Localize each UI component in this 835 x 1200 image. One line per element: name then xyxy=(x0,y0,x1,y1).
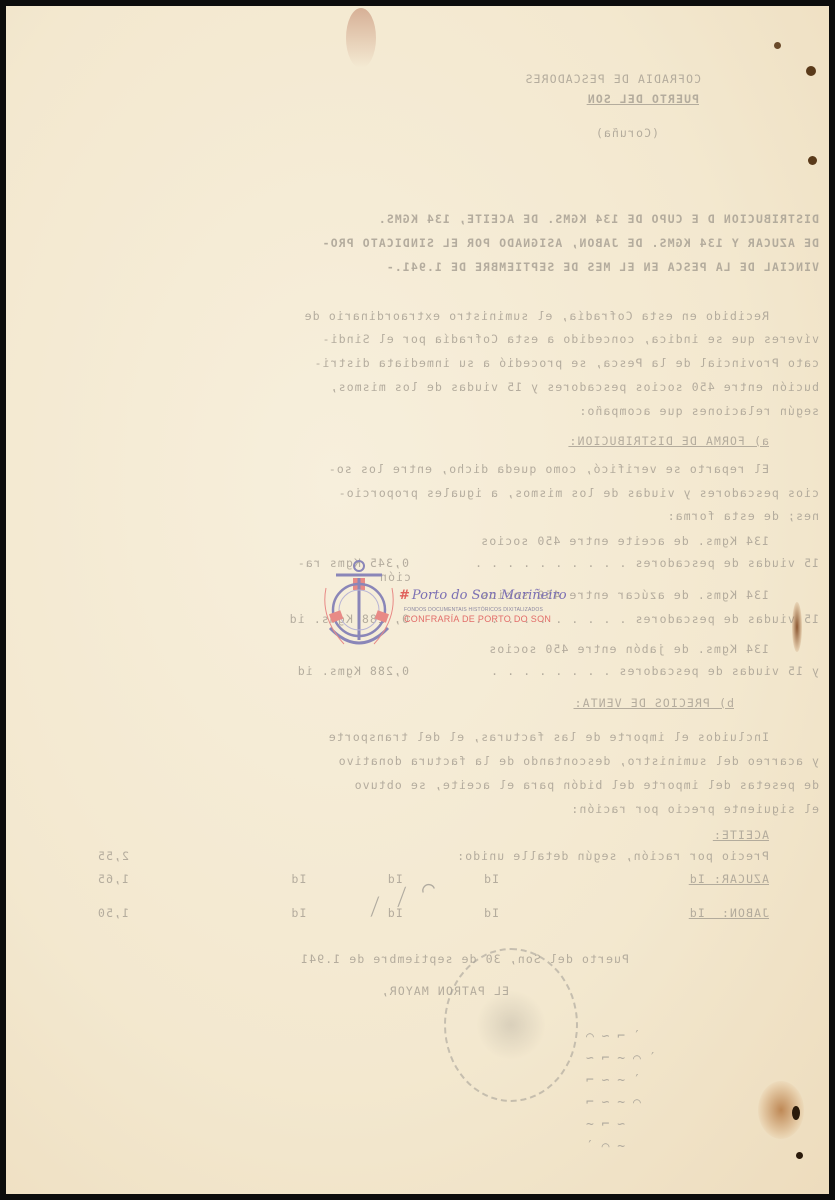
title-line-3: VINCIAL DE LA PESCA EN EL MES DE SEPTIEM… xyxy=(386,260,819,274)
price-azucar-value: 1,65 xyxy=(97,872,129,886)
price-azucar-label: AZUCAR: Id xyxy=(689,872,769,886)
header-org-line2: PUERTO DEL SON xyxy=(587,92,699,106)
watermark-organization: CONFRARÍA DE PORTO DO SON xyxy=(404,614,551,624)
watermark-brand: #Porto do Son Mariñeiro xyxy=(399,588,567,603)
watermark-logo: #Porto do Son Mariñeiro FONDOS DOCUMENTA… xyxy=(324,558,584,653)
handwritten-notes: ⌒ ∽ ⌐ ′ ∽ ⌐ ~ ⌒ ′ ⌐ ∽ ~ ′ ⌐ ∽ ~ ⌒ ~ ⌐ ∽ … xyxy=(586,1026,656,1158)
burn-hole xyxy=(796,1152,803,1159)
header-org-line1: COFRADIA DE PESCADORES xyxy=(524,72,701,86)
closing-place-date: Puerto del Son, 30 de septiembre de 1.94… xyxy=(300,952,629,966)
watermark-subtitle: FONDOS DOCUMENTAIS HISTÓRICOS DIXITALIZA… xyxy=(404,607,543,613)
burn-hole xyxy=(792,1106,800,1120)
item-aceite-line1: 134 Kgms. de aceite entre 450 socios xyxy=(480,534,769,548)
section-b-heading: b) PRECIOS DE VENTA: xyxy=(574,696,734,710)
intro-line-2: víveres que se indica, concedido a esta … xyxy=(322,332,819,346)
document-page: COFRADIA DE PESCADORES PUERTO DEL SON (C… xyxy=(6,6,829,1194)
price-aceite-desc: Precio por ración, según detalle unido: xyxy=(456,849,769,863)
intro-line-1: Recibido en esta Cofradía, el suministro… xyxy=(304,309,769,323)
top-stain xyxy=(346,8,376,68)
price-jabon-label: JABON: Id xyxy=(689,906,769,920)
intro-line-4: bución entre 450 socios pescadores y 15 … xyxy=(330,380,819,394)
stain-mark xyxy=(792,602,802,652)
section-b-line-3: de pesetas del importe del bidón para el… xyxy=(354,778,819,792)
section-b-line-1: Incluidos el importe de las facturas, el… xyxy=(328,730,769,744)
price-aceite-value: 2,55 xyxy=(97,849,129,863)
anchor-emblem-icon xyxy=(324,558,394,653)
title-line-1: DISTRIBUCION D E CUPO DE 134 KGMS. DE AC… xyxy=(378,212,819,226)
punch-hole xyxy=(774,42,781,49)
header-org-line3: (Coruña) xyxy=(595,126,659,140)
section-b-line-2: y acarreo del suministro, descontando de… xyxy=(338,754,819,768)
section-a-line-3: nes; de esta forma: xyxy=(667,509,819,523)
intro-line-3: cato Provincial de la Pesca, se procedió… xyxy=(314,356,820,370)
punch-hole xyxy=(808,156,817,165)
price-aceite-label: ACEITE: xyxy=(713,828,769,842)
punch-hole xyxy=(806,66,816,76)
price-azucar-desc: Id Id Id xyxy=(290,872,499,886)
section-a-heading: a) FORMA DE DISTRIBUCION: xyxy=(568,434,769,448)
item-jabon-line2: y 15 viudas de pescadores . . . . . . . … xyxy=(490,664,819,678)
price-jabon-value: 1,50 xyxy=(97,906,129,920)
item-jabon-value: 0,288 Kgms. id xyxy=(297,664,409,678)
section-a-line-1: El reparto se verificó, como queda dicho… xyxy=(328,462,769,476)
section-a-line-2: cios pescadores y viudas de los mismos, … xyxy=(338,486,819,500)
section-b-line-4: el siguiente precio por ración: xyxy=(570,802,819,816)
title-line-2: DE AZUCAR Y 134 KGMS. DE JABON, ASIGNADO… xyxy=(322,236,819,250)
circular-seal-stamp xyxy=(444,948,578,1102)
intro-line-5: según relaciones que acompaño: xyxy=(578,404,819,418)
